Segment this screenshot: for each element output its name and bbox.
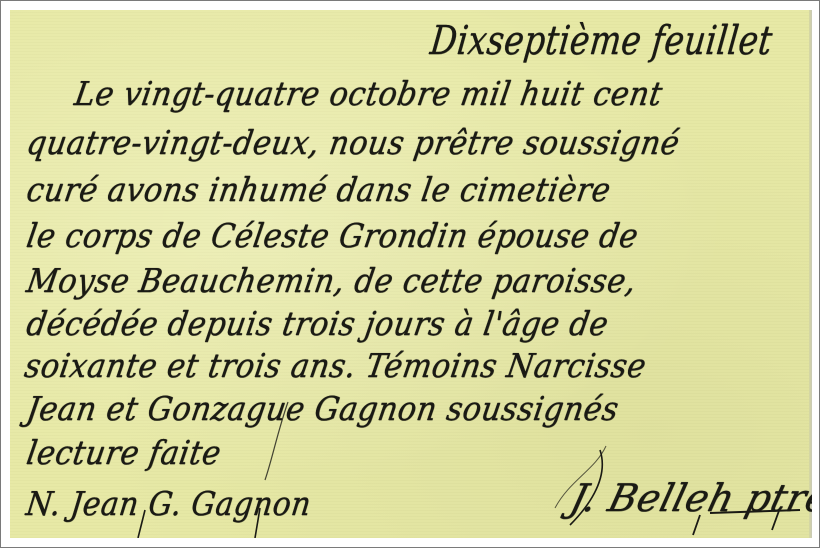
page-heading: Dixseptième feuillet xyxy=(428,18,775,64)
priest-signature: J. Belleh ptre xyxy=(566,476,812,520)
record-line-8: Jean et Gonzague Gagnon soussignés xyxy=(24,389,622,428)
image-frame: Dixseptième feuillet Le vingt-quatre oct… xyxy=(0,0,820,548)
witness-signature: N. Jean G. Gagnon xyxy=(24,484,313,523)
record-line-1: Le vingt-quatre octobre mil huit cent xyxy=(72,74,665,113)
record-line-6: décédée depuis trois jours à l'âge de xyxy=(24,304,611,343)
page-edge xyxy=(809,10,812,538)
record-line-2: quatre-vingt-deux, nous prêtre soussigné xyxy=(24,123,683,162)
manuscript-page: Dixseptième feuillet Le vingt-quatre oct… xyxy=(10,10,812,538)
record-line-7: soixante et trois ans. Témoins Narcisse xyxy=(22,346,649,385)
record-line-4: le corps de Céleste Grondin épouse de xyxy=(24,216,641,255)
record-line-5: Moyse Beauchemin, de cette paroisse, xyxy=(24,261,639,300)
record-line-9: lecture faite xyxy=(24,433,224,472)
record-line-3: curé avons inhumé dans le cimetière xyxy=(24,170,614,209)
